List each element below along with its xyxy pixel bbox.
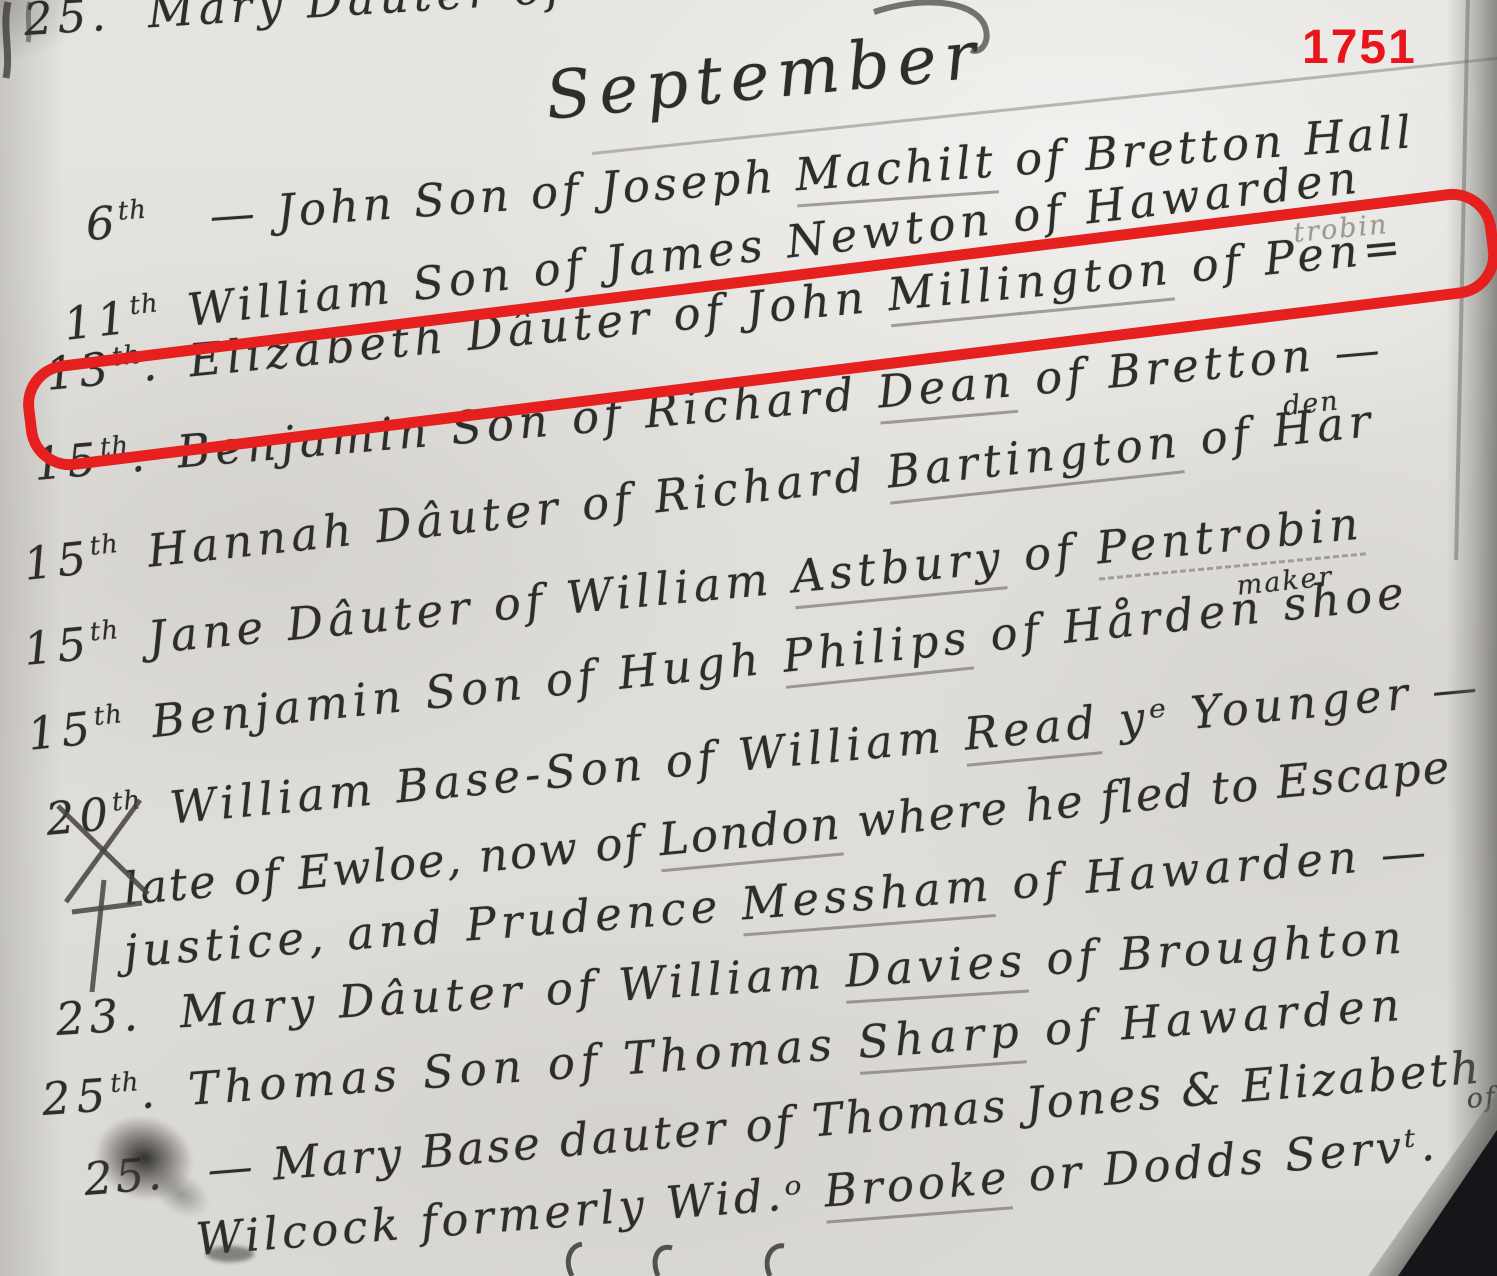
day-number-text: 15 bbox=[25, 701, 97, 761]
day-number: 6th bbox=[84, 188, 184, 262]
day-suffix: th bbox=[117, 195, 148, 227]
entry-text-end: of Broughton bbox=[1025, 910, 1407, 986]
ink-smudge bbox=[206, 1246, 254, 1262]
register-page: 25.Mary Dauter of September 6th— John So… bbox=[0, 0, 1497, 1276]
surname-underlined: Astbury bbox=[790, 530, 1008, 609]
day-number-text: 6 bbox=[84, 196, 120, 251]
day-suffix: th bbox=[88, 529, 120, 562]
day-number: 15th bbox=[25, 695, 128, 772]
day-suffix: th bbox=[128, 288, 160, 321]
entry-text-end: of Hawarden bbox=[1023, 978, 1407, 1057]
surname-underlined: Brooke bbox=[822, 1150, 1013, 1223]
day-dot: . bbox=[89, 0, 112, 42]
entry-text-end: of Hawarden — bbox=[991, 825, 1433, 912]
entry-text-end: of Har bbox=[1178, 394, 1377, 467]
day-number-text: 15 bbox=[21, 531, 94, 591]
day-number: 15th bbox=[21, 611, 123, 687]
superscript-note: den bbox=[1281, 385, 1341, 422]
stray-pen-stroke bbox=[868, 0, 1018, 60]
day-number-text: 25 bbox=[40, 1068, 113, 1126]
day-number: 15th bbox=[21, 525, 124, 602]
place-underlined: London bbox=[657, 797, 845, 873]
entry-text-end: yᵉ Younger — bbox=[1097, 660, 1484, 748]
day-dot: . bbox=[138, 1065, 162, 1119]
cutoff-line-strokes bbox=[558, 1242, 878, 1276]
day-suffix: th bbox=[109, 1067, 140, 1099]
surname-underlined: Sharp bbox=[856, 1004, 1027, 1075]
year-annotation: 1751 bbox=[1302, 20, 1417, 75]
entry-partial-top: 25.Mary Dauter of bbox=[22, 0, 569, 50]
surname-underlined: Philips bbox=[780, 611, 974, 689]
surname-underlined: Messham bbox=[739, 858, 995, 936]
surname-underlined: Davies bbox=[843, 934, 1029, 1004]
year-annotation-text: 1751 bbox=[1302, 21, 1417, 74]
surname-underlined: Read bbox=[962, 695, 1103, 766]
surname-underlined: Bartington bbox=[884, 414, 1184, 504]
entry-text-mid: of bbox=[1002, 522, 1099, 583]
margin-dagger-mark bbox=[66, 876, 150, 998]
entry-text: Mary Dauter of bbox=[146, 0, 569, 38]
day-number-text: 15 bbox=[21, 617, 93, 676]
day-suffix: th bbox=[92, 699, 124, 732]
corner-ink-marks bbox=[0, 0, 60, 84]
day-suffix: th bbox=[89, 615, 121, 648]
